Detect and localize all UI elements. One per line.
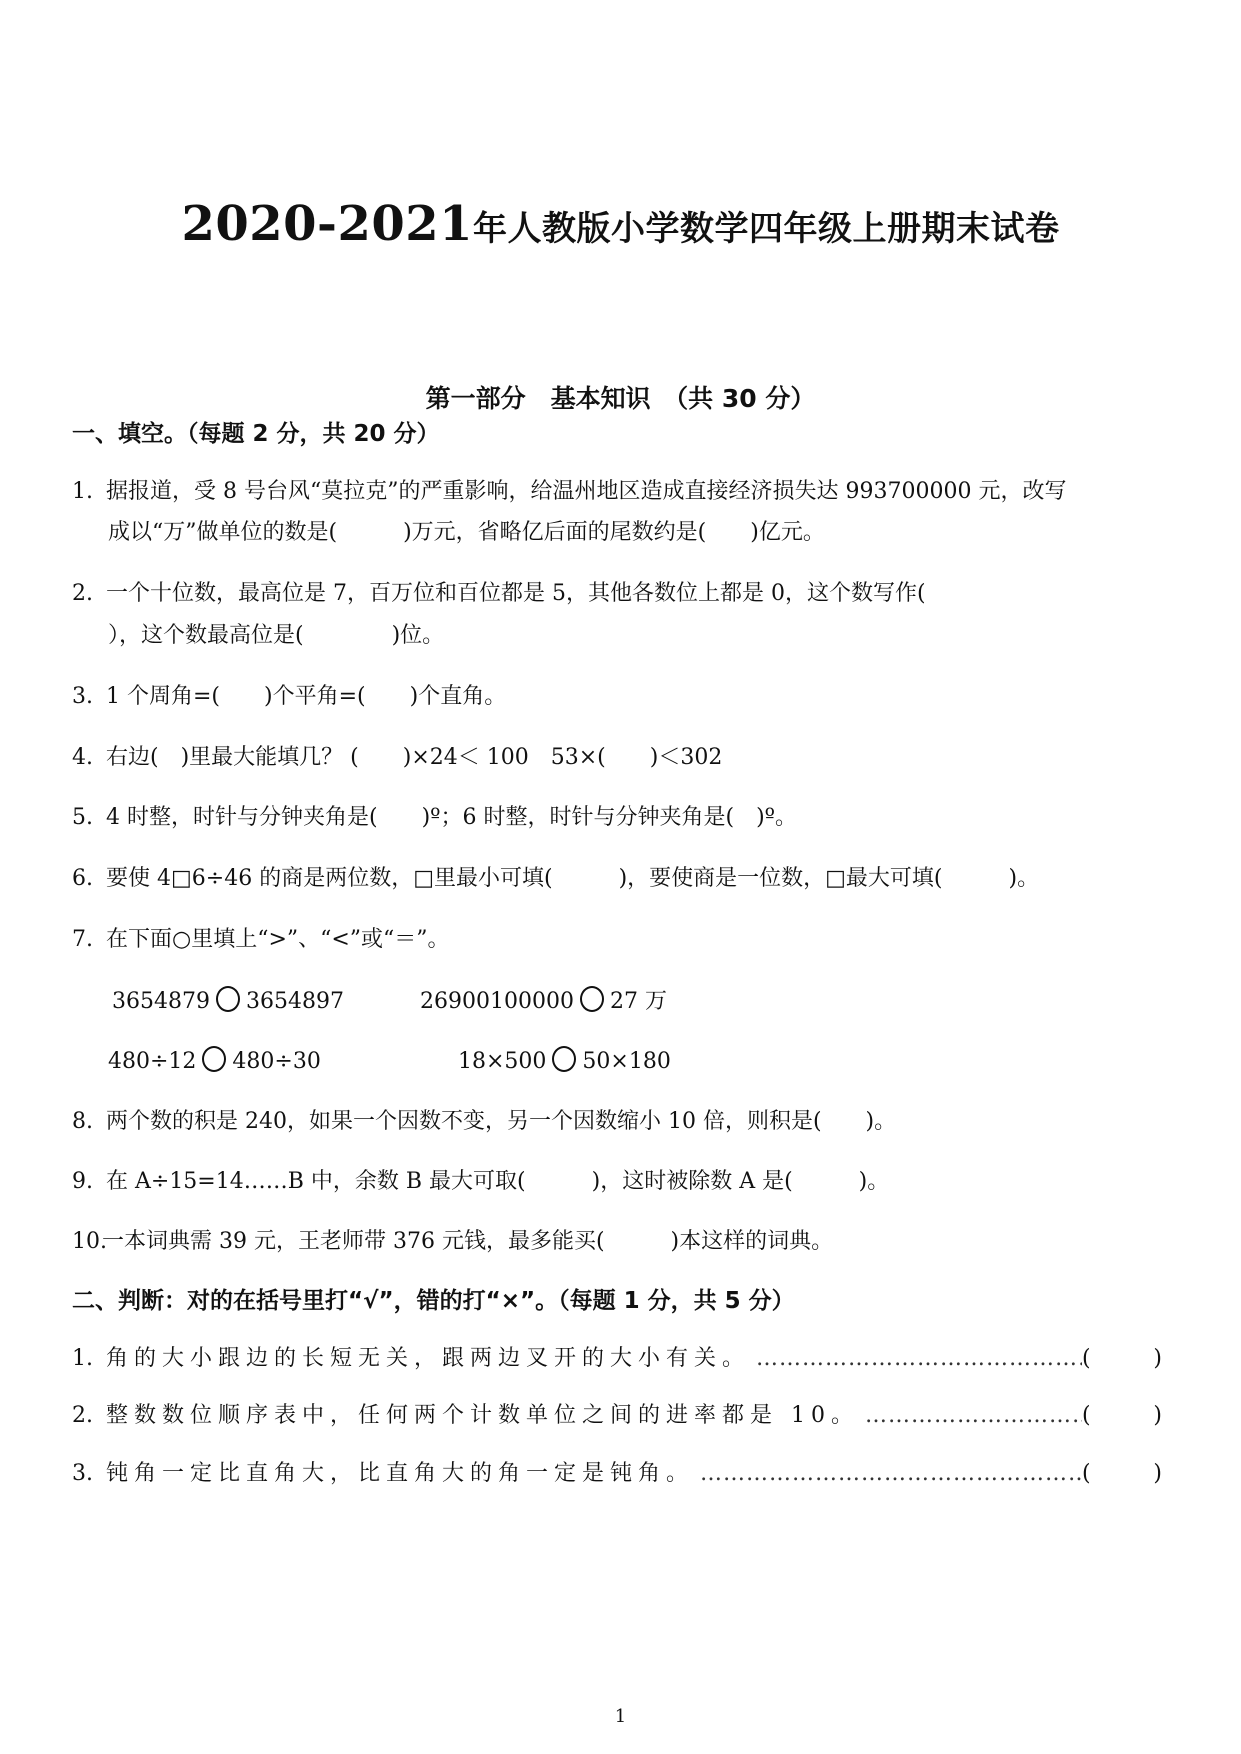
item-number: 1. [72, 1343, 106, 1375]
question-text: 据报道，受 8 号台风“莫拉克”的严重影响，给温州地区造成直接经济损失达 993… [106, 479, 1066, 504]
question-text: 要使 4□6÷46 的商是两位数，□里最小可填( )，要使商是一位数，□最大可填… [106, 866, 1039, 891]
question-7: 7.在下面○里填上“>”、“<”或“＝”。 [72, 924, 450, 956]
paren-close: ) [1153, 1458, 1162, 1490]
paren-close: ) [1153, 1343, 1162, 1375]
comparison-right: 27 万 [610, 989, 667, 1014]
comparison-left: 26900100000 [420, 989, 574, 1014]
leader-dots: ………………………………………………………… [859, 1400, 1082, 1432]
answer-box[interactable]: () [1082, 1458, 1162, 1490]
item-text: 钝角一定比直角大，比直角大的角一定是钝角。 [106, 1458, 694, 1490]
question-1: 1.据报道，受 8 号台风“莫拉克”的严重影响，给温州地区造成直接经济损失达 9… [72, 476, 1066, 508]
question-text: 一个十位数，最高位是 7，百万位和百位都是 5，其他各数位上都是 0，这个数写作… [106, 581, 926, 606]
question-5: 5.4 时整，时针与分钟夹角是( )º；6 时整，时针与分钟夹角是( )º。 [72, 802, 797, 834]
question-10: 10.一本词典需 39 元，王老师带 376 元钱，最多能买( )本这样的词典。 [72, 1226, 833, 1258]
comparison-left: 3654879 [112, 989, 210, 1014]
comparison-right: 3654897 [246, 989, 344, 1014]
comparison-1: 36548793654897 [112, 986, 344, 1018]
question-number: 2. [72, 578, 106, 610]
title-text: 年人教版小学数学四年级上册期末试卷 [473, 209, 1060, 249]
leader-dots: ………………………………………………………… [694, 1458, 1082, 1490]
question-number: 10. [72, 1226, 102, 1258]
question-number: 4. [72, 742, 106, 774]
question-2-continued: ），这个数最高位是( )位。 [108, 620, 444, 652]
judgment-item-2: 2. 整数数位顺序表中，任何两个计数单位之间的进率都是 10。 ……………………… [72, 1400, 1162, 1432]
comparison-right: 480÷30 [232, 1049, 320, 1074]
circle-blank-icon[interactable] [202, 1046, 226, 1072]
question-number: 3. [72, 681, 106, 713]
answer-box[interactable]: () [1082, 1343, 1162, 1375]
question-text: 1 个周角=( )个平角=( )个直角。 [106, 684, 506, 709]
item-text: 角的大小跟边的长短无关，跟两边叉开的大小有关。 [106, 1343, 750, 1375]
circle-blank-icon[interactable] [216, 986, 240, 1012]
question-text: 一本词典需 39 元，王老师带 376 元钱，最多能买( )本这样的词典。 [102, 1229, 833, 1254]
comparison-4: 18×50050×180 [458, 1046, 671, 1078]
question-6: 6.要使 4□6÷46 的商是两位数，□里最小可填( )，要使商是一位数，□最大… [72, 863, 1039, 895]
item-number: 3. [72, 1458, 106, 1490]
paren-open: ( [1082, 1400, 1091, 1432]
part-heading: 第一部分 基本知识 （共 30 分） [0, 382, 1241, 416]
title-year: 2020-2021 [181, 196, 473, 252]
question-2: 2.一个十位数，最高位是 7，百万位和百位都是 5，其他各数位上都是 0，这个数… [72, 578, 926, 610]
document-title: 2020-2021年人教版小学数学四年级上册期末试卷 [0, 196, 1241, 257]
question-number: 7. [72, 924, 106, 956]
question-4: 4.右边( )里最大能填几？ ( )×24＜ 100 53×( )＜302 [72, 742, 722, 774]
comparison-3: 480÷12480÷30 [108, 1046, 321, 1078]
paren-open: ( [1082, 1343, 1091, 1375]
question-text: 在 A÷15=14……B 中，余数 B 最大可取( )，这时被除数 A 是( )… [106, 1169, 889, 1194]
comparison-right: 50×180 [582, 1049, 670, 1074]
comparison-left: 480÷12 [108, 1049, 196, 1074]
leader-dots: ………………………………………………………… [750, 1343, 1082, 1375]
question-text: 在下面○里填上“>”、“<”或“＝”。 [106, 927, 450, 952]
question-1-continued: 成以“万”做单位的数是( )万元，省略亿后面的尾数约是( )亿元。 [108, 517, 825, 549]
page-number: 1 [0, 1706, 1241, 1727]
question-number: 6. [72, 863, 106, 895]
section-heading-fill-in: 一、填空。（每题 2 分，共 20 分） [72, 418, 440, 450]
circle-blank-icon[interactable] [552, 1046, 576, 1072]
comparison-left: 18×500 [458, 1049, 546, 1074]
question-number: 5. [72, 802, 106, 834]
circle-blank-icon[interactable] [580, 986, 604, 1012]
question-number: 9. [72, 1166, 106, 1198]
comparison-2: 2690010000027 万 [420, 986, 667, 1018]
question-text: 4 时整，时针与分钟夹角是( )º；6 时整，时针与分钟夹角是( )º。 [106, 805, 797, 830]
answer-box[interactable]: () [1082, 1400, 1162, 1432]
question-text: 右边( )里最大能填几？ ( )×24＜ 100 53×( )＜302 [106, 745, 722, 770]
question-number: 1. [72, 476, 106, 508]
section-heading-true-false: 二、判断：对的在括号里打“√”，错的打“×”。（每题 1 分，共 5 分） [72, 1285, 795, 1317]
question-3: 3.1 个周角=( )个平角=( )个直角。 [72, 681, 506, 713]
item-number: 2. [72, 1400, 106, 1432]
question-8: 8.两个数的积是 240，如果一个因数不变，另一个因数缩小 10 倍，则积是( … [72, 1106, 896, 1138]
judgment-item-3: 3. 钝角一定比直角大，比直角大的角一定是钝角。 ………………………………………… [72, 1458, 1162, 1490]
question-number: 8. [72, 1106, 106, 1138]
judgment-item-1: 1. 角的大小跟边的长短无关，跟两边叉开的大小有关。 …………………………………… [72, 1343, 1162, 1375]
paren-close: ) [1153, 1400, 1162, 1432]
paren-open: ( [1082, 1458, 1091, 1490]
question-text: 两个数的积是 240，如果一个因数不变，另一个因数缩小 10 倍，则积是( )。 [106, 1109, 896, 1134]
item-text: 整数数位顺序表中，任何两个计数单位之间的进率都是 10。 [106, 1400, 859, 1432]
question-9: 9.在 A÷15=14……B 中，余数 B 最大可取( )，这时被除数 A 是(… [72, 1166, 889, 1198]
